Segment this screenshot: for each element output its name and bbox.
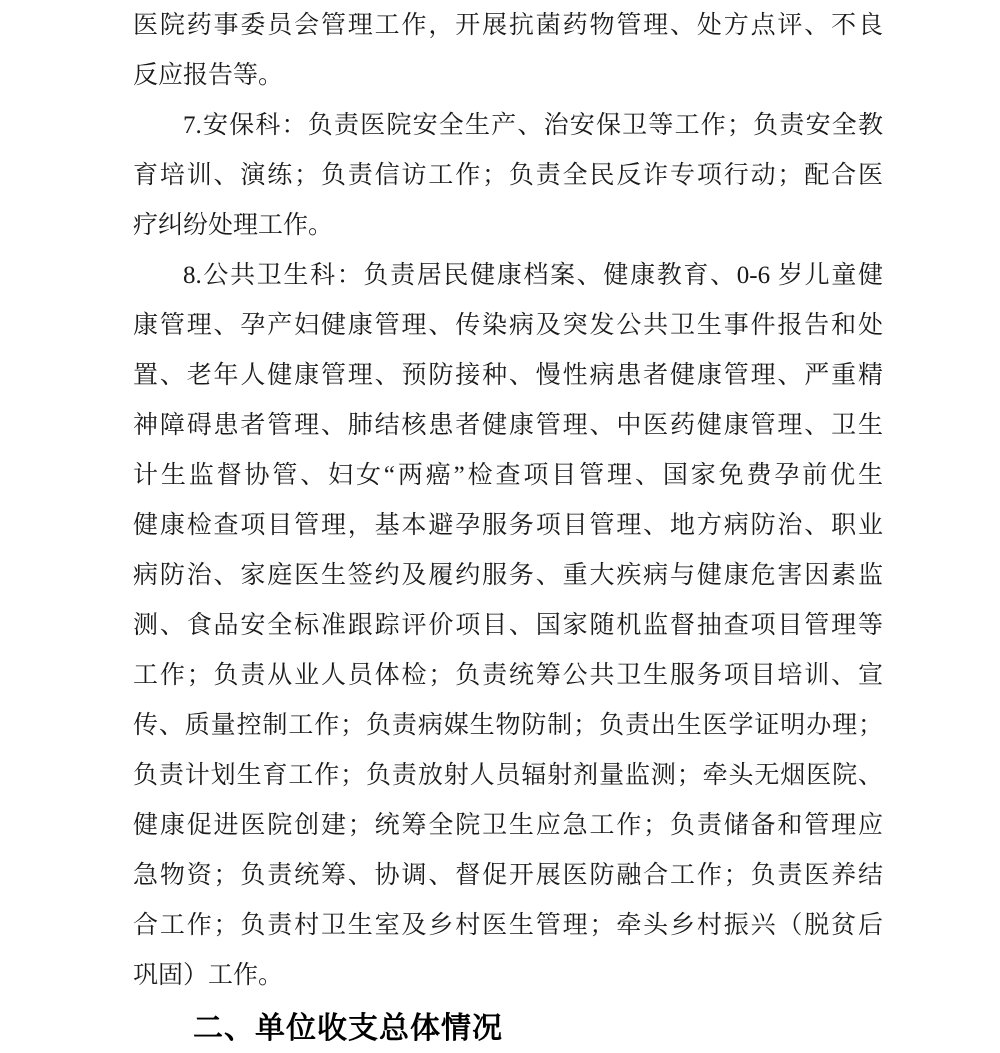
text-line: 健康促进医院创建；统筹全院卫生应急工作；负责储备和管理应 — [133, 801, 883, 851]
text-line: 巩固）工作。 — [133, 951, 883, 1001]
text-line: 传、质量控制工作；负责病媒生物防制；负责出生医学证明办理； — [133, 701, 883, 751]
section-heading: 二、单位收支总体情况 — [133, 1004, 883, 1053]
text-line: 疗纠纷处理工作。 — [133, 201, 883, 251]
text-line: 育培训、演练；负责信访工作；负责全民反诈专项行动；配合医 — [133, 151, 883, 201]
text-line: 8.公共卫生科：负责居民健康档案、健康教育、0-6 岁儿童健 — [133, 251, 883, 301]
text-line: 负责计划生育工作；负责放射人员辐射剂量监测；牵头无烟医院、 — [133, 751, 883, 801]
text-line: 康管理、孕产妇健康管理、传染病及突发公共卫生事件报告和处 — [133, 301, 883, 351]
text-line: 工作；负责从业人员体检；负责统筹公共卫生服务项目培训、宣 — [133, 651, 883, 701]
text-line: 健康检查项目管理，基本避孕服务项目管理、地方病防治、职业 — [133, 501, 883, 551]
text-line: 测、食品安全标准跟踪评价项目、国家随机监督抽查项目管理等 — [133, 601, 883, 651]
text-line: 置、老年人健康管理、预防接种、慢性病患者健康管理、严重精 — [133, 351, 883, 401]
text-line: 急物资；负责统筹、协调、督促开展医防融合工作；负责医养结 — [133, 851, 883, 901]
text-line: 医院药事委员会管理工作，开展抗菌药物管理、处方点评、不良 — [133, 1, 883, 51]
document-text-block: 医院药事委员会管理工作，开展抗菌药物管理、处方点评、不良反应报告等。7.安保科：… — [0, 0, 1000, 1053]
text-line: 神障碍患者管理、肺结核患者健康管理、中医药健康管理、卫生 — [133, 401, 883, 451]
text-line: 计生监督协管、妇女“两癌”检查项目管理、国家免费孕前优生 — [133, 451, 883, 501]
text-line: 病防治、家庭医生签约及履约服务、重大疾病与健康危害因素监 — [133, 551, 883, 601]
document-page: 医院药事委员会管理工作，开展抗菌药物管理、处方点评、不良反应报告等。7.安保科：… — [0, 0, 1000, 1053]
text-line: 反应报告等。 — [133, 51, 883, 101]
text-line: 合工作；负责村卫生室及乡村医生管理；牵头乡村振兴（脱贫后 — [133, 901, 883, 951]
text-line: 7.安保科：负责医院安全生产、治安保卫等工作；负责安全教 — [133, 101, 883, 151]
